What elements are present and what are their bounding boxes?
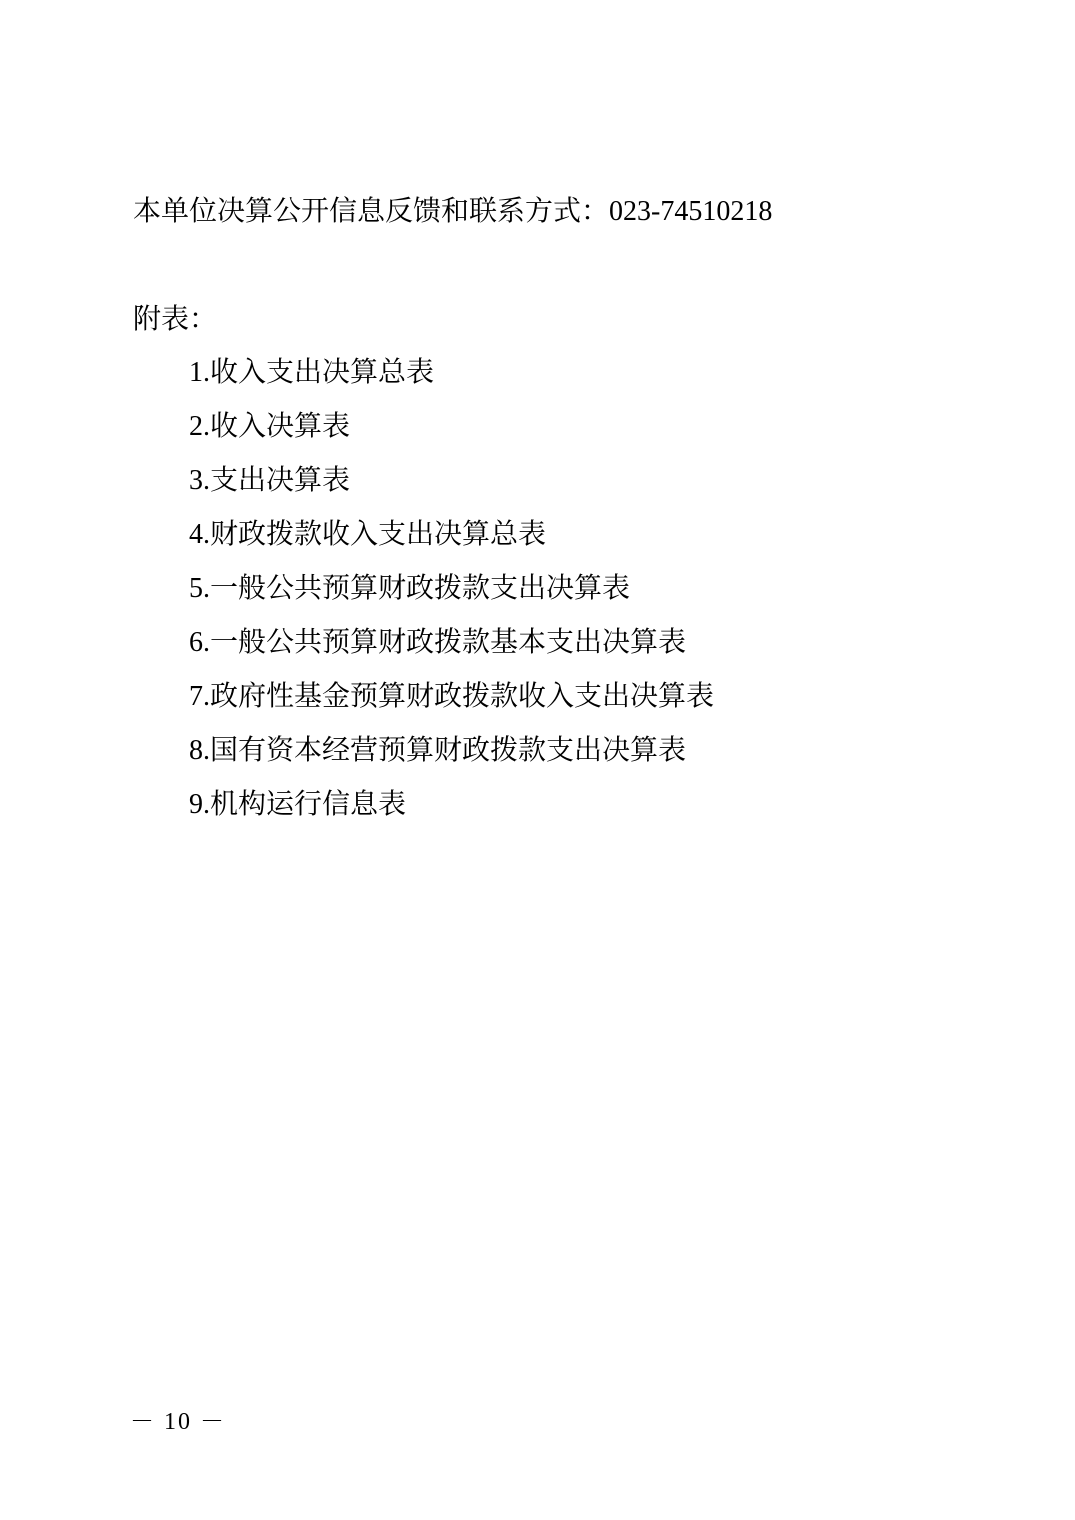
attachment-list-item: 4.财政拨款收入支出决算总表: [189, 508, 714, 562]
attachment-list-item: 5.一般公共预算财政拨款支出决算表: [189, 562, 714, 616]
attachment-list-item: 3.支出决算表: [189, 454, 714, 508]
attachment-list-item: 7.政府性基金预算财政拨款收入支出决算表: [189, 670, 714, 724]
document-page: 本单位决算公开信息反馈和联系方式：023-74510218 附表： 1.收入支出…: [0, 0, 1075, 1520]
attachment-list-item: 8.国有资本经营预算财政拨款支出决算表: [189, 724, 714, 778]
attachment-list-item: 1.收入支出决算总表: [189, 346, 714, 400]
page-number: － 10 －: [130, 1405, 226, 1439]
attachment-list-item: 2.收入决算表: [189, 400, 714, 454]
attachment-list-item: 9.机构运行信息表: [189, 778, 714, 832]
contact-info-line: 本单位决算公开信息反馈和联系方式：023-74510218: [133, 192, 772, 232]
attachments-heading: 附表：: [133, 300, 217, 340]
attachment-list-item: 6.一般公共预算财政拨款基本支出决算表: [189, 616, 714, 670]
attachment-list: 1.收入支出决算总表2.收入决算表3.支出决算表4.财政拨款收入支出决算总表5.…: [189, 346, 714, 832]
